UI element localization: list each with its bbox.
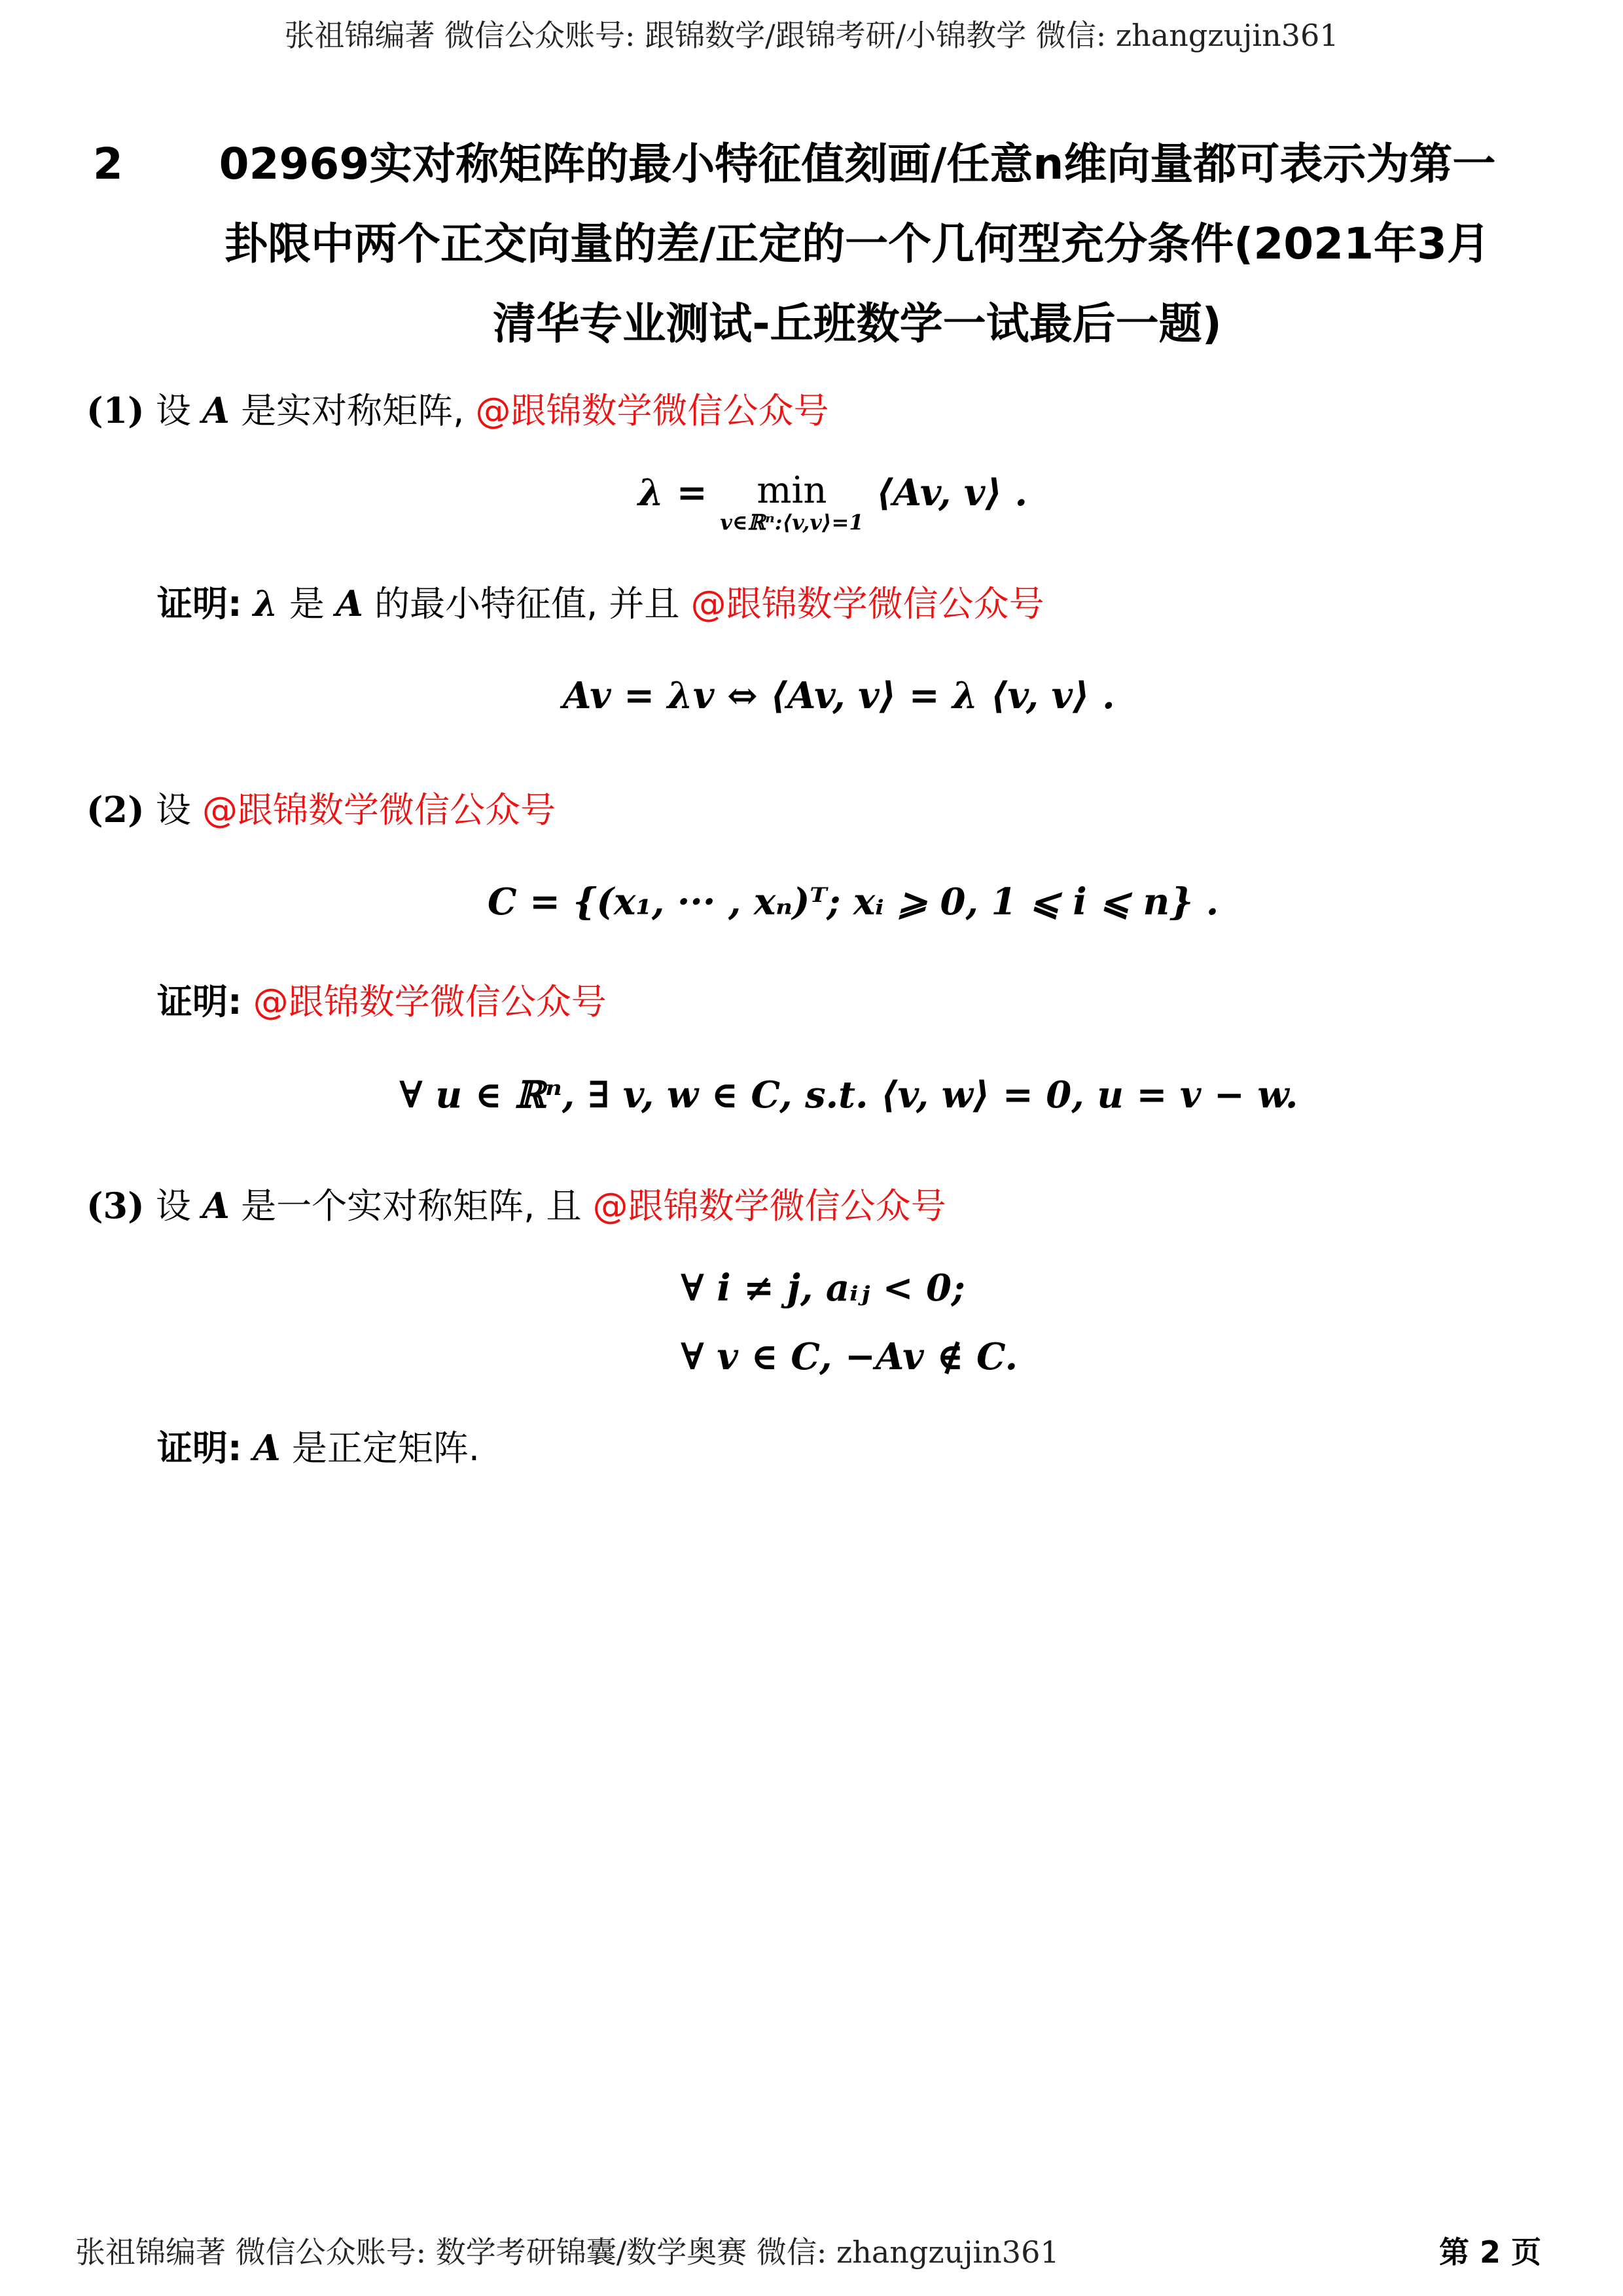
problem-number: 2: [93, 124, 123, 204]
part3-label: (3): [86, 1185, 145, 1227]
watermark-text: @跟锦数学微信公众号: [691, 583, 1044, 624]
part1-proof: 证明: λ 是 A 的最小特征值, 并且 @跟锦数学微信公众号: [157, 576, 1044, 626]
page-num: 2: [1480, 2234, 1501, 2270]
proof-var-A: A: [336, 583, 363, 624]
proof-mid1: 是: [289, 583, 325, 624]
part3-suffix: 是一个实对称矩阵, 且: [241, 1185, 581, 1227]
part2-formula2: ∀ u ∈ ℝⁿ, ∃ v, w ∈ C, s.t. ⟨v, w⟩ = 0, u…: [399, 1073, 1298, 1117]
proof-var-lambda: λ: [253, 583, 278, 624]
part2-formula: C = {(x₁, ··· , xₙ)ᵀ; xᵢ ⩾ 0, 1 ⩽ i ⩽ n}…: [488, 880, 1219, 924]
part2-proof: 证明: @跟锦数学微信公众号: [157, 974, 607, 1024]
min-operator: min v∈ℝⁿ:⟨v,v⟩=1: [720, 471, 863, 534]
proof-var-A: A: [253, 1427, 281, 1469]
proof-label: 证明:: [157, 981, 242, 1022]
min-subscript: v∈ℝⁿ:⟨v,v⟩=1: [720, 511, 863, 534]
watermark-text: @跟锦数学微信公众号: [253, 981, 607, 1022]
part3-var: A: [202, 1185, 230, 1227]
title-line-3: 清华专业测试-丘班数学一试最后一题): [170, 284, 1544, 364]
part3-condition1: ∀ i ≠ j, aᵢⱼ < 0;: [681, 1266, 965, 1310]
problem-title: 2 02969实对称矩阵的最小特征值刻画/任意n维向量都可表示为第一 卦限中两个…: [85, 124, 1544, 364]
part1-prefix: 设: [156, 390, 191, 431]
page-suffix: 页: [1511, 2234, 1541, 2270]
page-number: 第 2 页: [1439, 2229, 1541, 2272]
page-prefix: 第: [1439, 2234, 1469, 2270]
part1-label: (1): [86, 389, 145, 431]
part3-proof: 证明: A 是正定矩阵.: [157, 1420, 480, 1471]
part3-condition2: ∀ v ∈ C, −Av ∉ C.: [681, 1335, 1018, 1378]
footer-text: 张祖锦编著 微信公众账号: 数学考研锦囊/数学奥赛 微信: zhangzujin…: [75, 2234, 1060, 2270]
part1-formula2: Av = λv ⇔ ⟨Av, v⟩ = λ ⟨v, v⟩ .: [563, 674, 1115, 717]
part1-intro: (1) 设 A 是实对称矩阵, @跟锦数学微信公众号: [86, 383, 829, 433]
formula-lhs: λ =: [638, 471, 707, 514]
part3-intro: (3) 设 A 是一个实对称矩阵, 且 @跟锦数学微信公众号: [86, 1178, 946, 1229]
min-op: min: [720, 471, 863, 511]
part3-prefix: 设: [156, 1185, 191, 1227]
watermark-text: @跟锦数学微信公众号: [475, 390, 829, 431]
part2-intro: (2) 设 @跟锦数学微信公众号: [86, 782, 556, 833]
title-line-1: 02969实对称矩阵的最小特征值刻画/任意n维向量都可表示为第一: [170, 124, 1544, 204]
watermark-text: @跟锦数学微信公众号: [593, 1185, 946, 1227]
page-header: 张祖锦编著 微信公众账号: 跟锦数学/跟锦考研/小锦教学 微信: zhangzu…: [0, 12, 1623, 55]
proof-suffix: 是正定矩阵.: [292, 1427, 480, 1469]
title-line-2: 卦限中两个正交向量的差/正定的一个几何型充分条件(2021年3月: [170, 204, 1544, 284]
part1-formula: λ = min v∈ℝⁿ:⟨v,v⟩=1 ⟨Av, v⟩ .: [638, 471, 1027, 534]
part2-label: (2): [86, 789, 145, 831]
part1-var: A: [202, 389, 230, 431]
proof-label: 证明:: [157, 1427, 242, 1469]
part2-prefix: 设: [156, 789, 191, 831]
proof-mid2: 的最小特征值, 并且: [374, 583, 679, 624]
formula-rhs: ⟨Av, v⟩ .: [876, 471, 1027, 514]
part1-suffix: 是实对称矩阵,: [241, 390, 464, 431]
watermark-text: @跟锦数学微信公众号: [202, 789, 556, 831]
page-footer: 张祖锦编著 微信公众账号: 数学考研锦囊/数学奥赛 微信: zhangzujin…: [75, 2229, 1541, 2272]
proof-label: 证明:: [157, 583, 242, 624]
